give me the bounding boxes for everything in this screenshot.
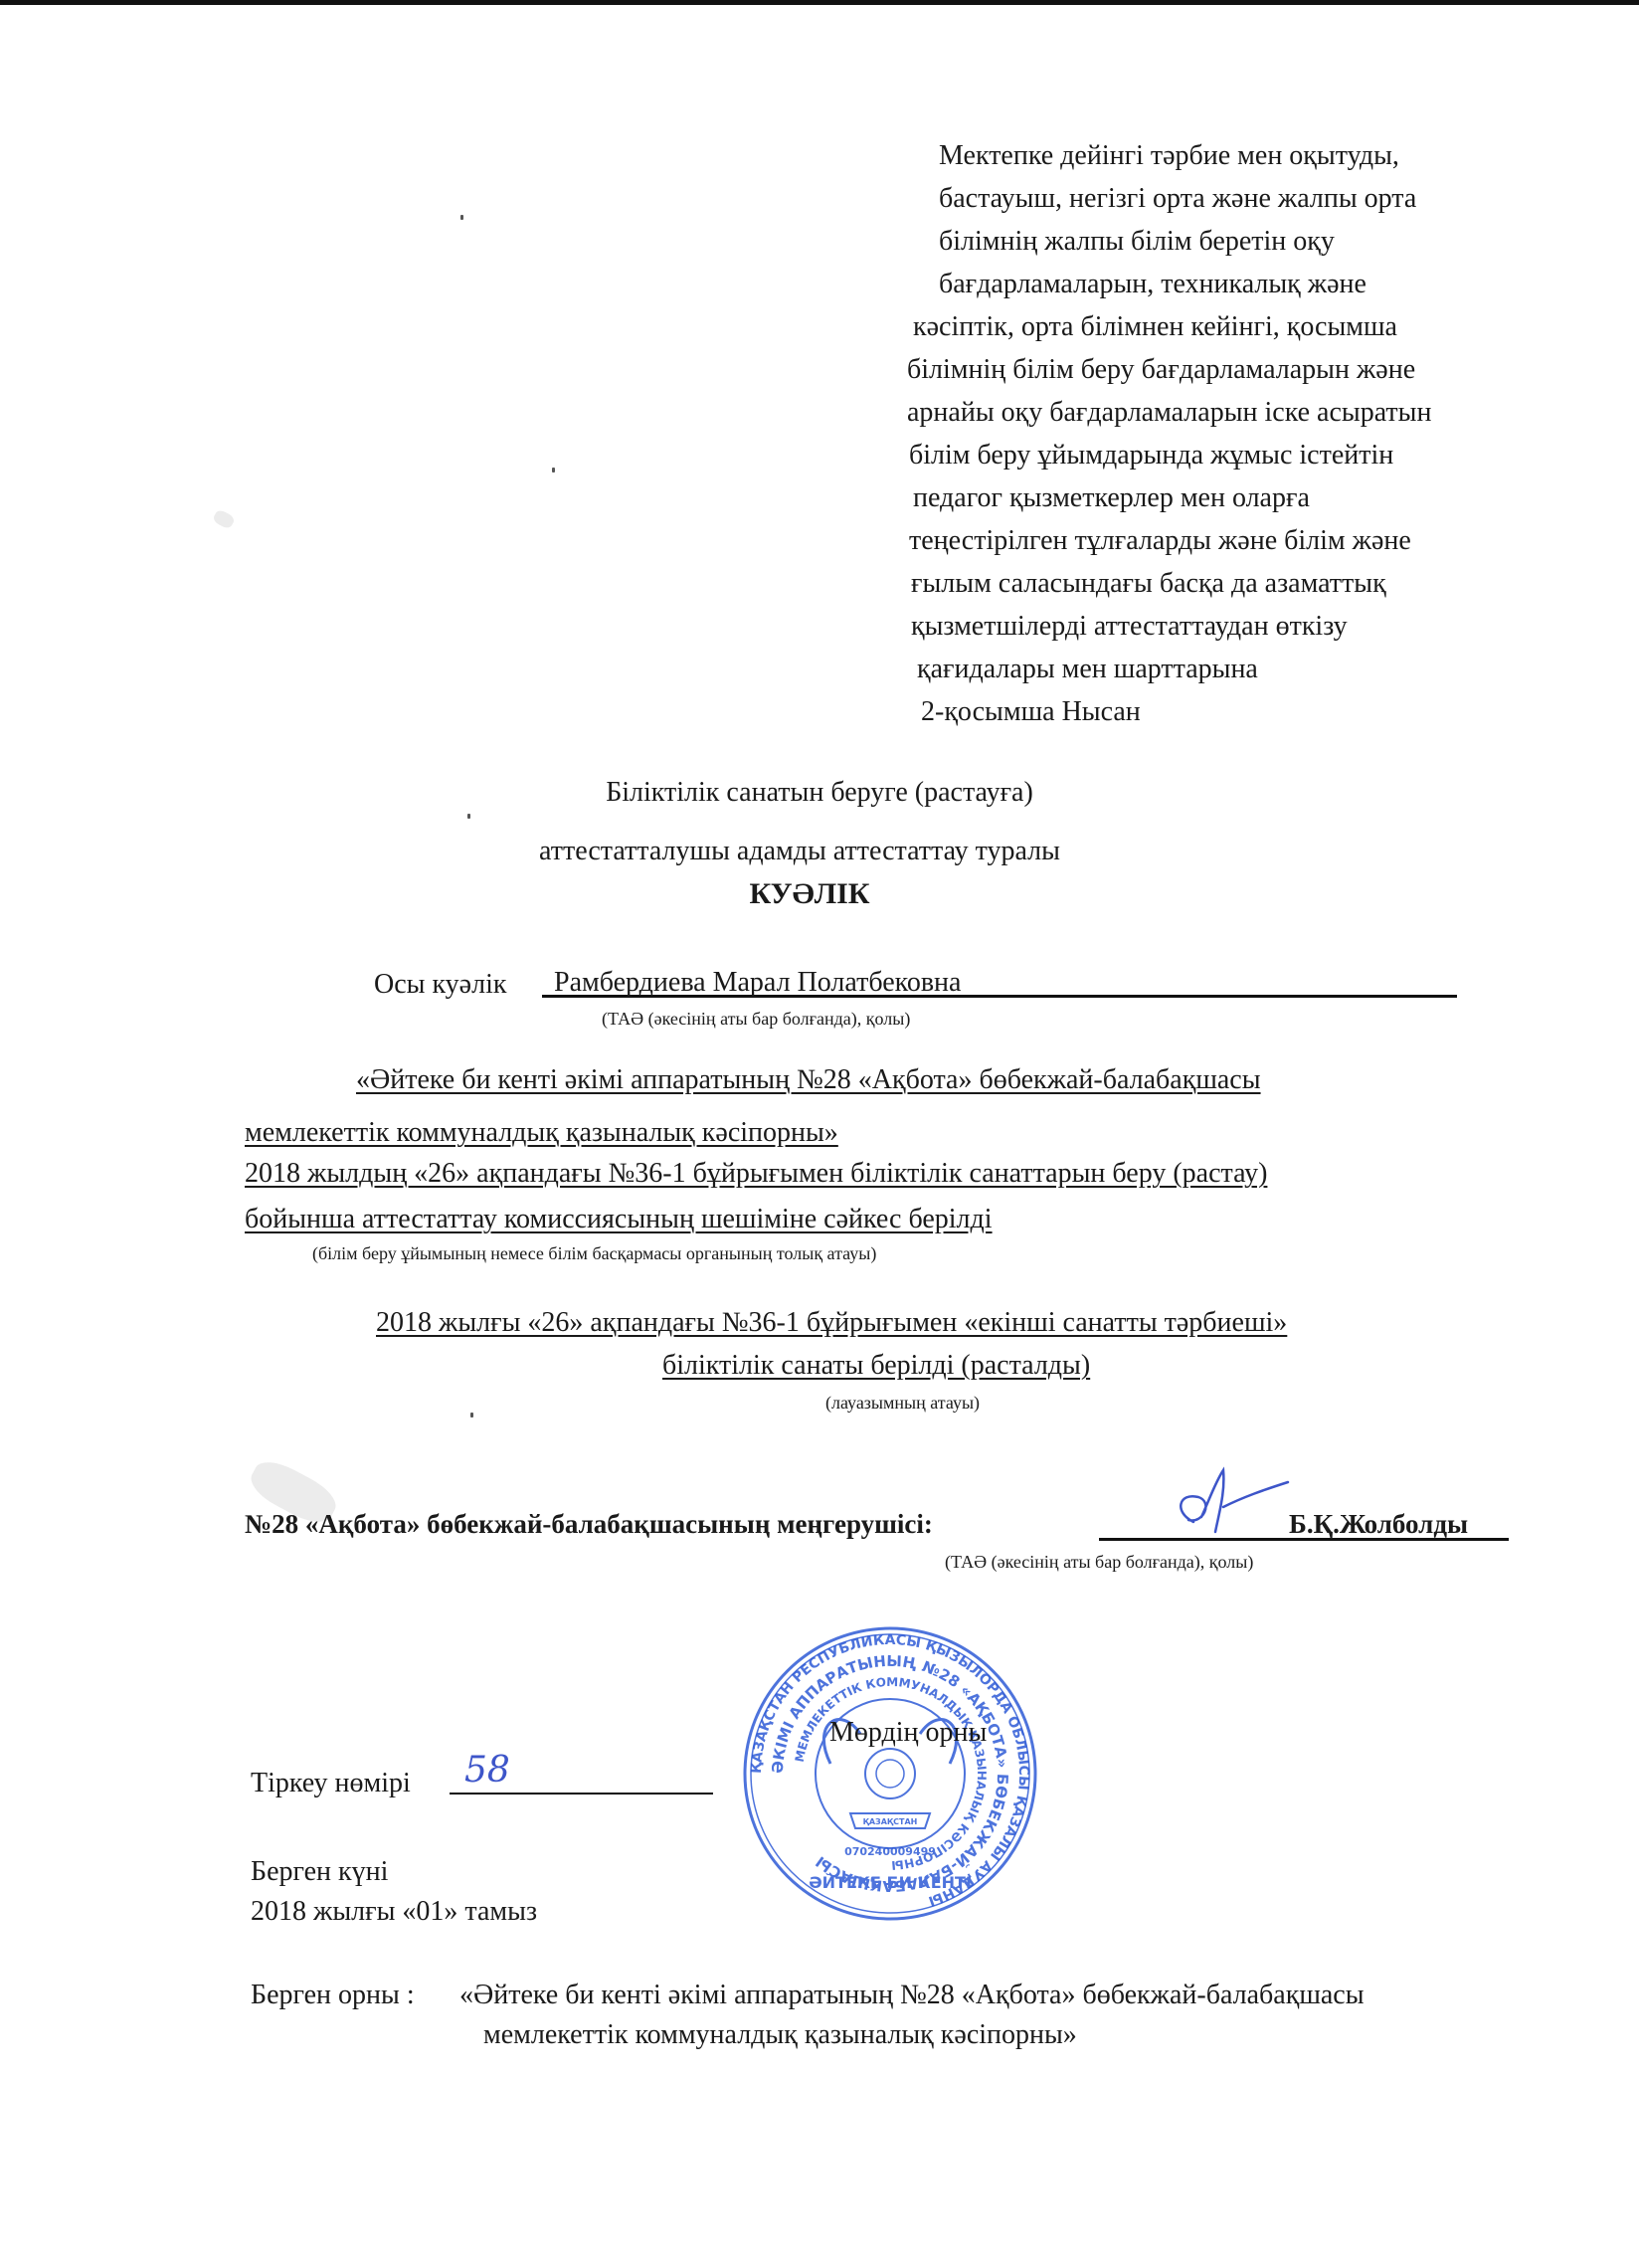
stamp-placeholder: Мөрдің орны	[829, 1711, 987, 1754]
header-note-form-label: 2-қосымша Нысан	[921, 690, 1141, 733]
header-note-line: білімнің жалпы білім беретін оқу	[939, 220, 1335, 263]
organization-line-1: «Әйтеке би кенті әкімі аппаратының №28 «…	[356, 1058, 1261, 1101]
title-line-1: Біліктілік санатын беруге (растауға)	[0, 771, 1639, 814]
scan-edge	[0, 0, 1639, 5]
registration-underline	[450, 1793, 713, 1795]
organization-caption: (білім беру ұйымының немесе білім басқар…	[312, 1241, 876, 1265]
issue-place-line-2: мемлекеттік коммуналдық қазыналық кәсіпо…	[483, 2013, 1077, 2056]
header-note-line: Мектепке дейінгі тәрбие мен оқытуды,	[939, 134, 1399, 177]
header-note-line: арнайы оқу бағдарламаларын іске асыратын	[907, 391, 1431, 434]
holder-caption: (ТАӘ (әкесінің аты бар болғанда), қолы)	[602, 1007, 910, 1031]
header-note-line: педагог қызметкерлер мен оларға	[913, 476, 1310, 519]
issue-place-line-1: «Әйтеке би кенті әкімі аппаратының №28 «…	[459, 1974, 1365, 2016]
signature-icon	[1154, 1462, 1293, 1542]
stamp-outer-text: ҚАЗАҚСТАН РЕСПУБЛИКАСЫ ҚЫЗЫЛОРДА ОБЛЫСЫ …	[749, 1632, 1031, 1909]
header-note-line: қызметшілерді аттестаттаудан өткізу	[911, 605, 1348, 648]
header-note-line: кәсіптік, орта білімнен кейінгі, қосымша	[913, 305, 1397, 348]
holder-label: Осы куәлік	[374, 963, 506, 1006]
document-heading: КУӘЛІК	[0, 873, 1629, 915]
category-line-2: біліктілік санаты берілді (расталды)	[662, 1344, 1090, 1387]
stamp-emblem-label: ҚАЗАҚСТАН	[863, 1817, 918, 1826]
holder-name: Рамбердиева Марал Полатбековна	[554, 961, 961, 1004]
category-caption: (лауазымның атауы)	[825, 1391, 980, 1415]
scan-speck	[467, 814, 470, 819]
header-note-line: бастауыш, негізгі орта және жалпы орта	[939, 177, 1416, 220]
issue-date-label: Берген күні	[251, 1850, 388, 1893]
director-caption: (ТАӘ (әкесінің аты бар болғанда), қолы)	[945, 1550, 1253, 1574]
header-note-line: теңестірілген тұлғаларды және білім және	[909, 519, 1411, 562]
director-label: №28 «Ақбота» бөбекжай-балабақшасының мең…	[245, 1504, 933, 1544]
scan-speck	[460, 215, 463, 220]
header-note-line: білімнің білім беру бағдарламаларын және	[907, 348, 1415, 391]
svg-text:МЕМЛЕКЕТТІК КОММУНАЛДЫҚ ҚАЗЫНА: МЕМЛЕКЕТТІК КОММУНАЛДЫҚ ҚАЗЫНАЛЫҚ КӘСІПО…	[793, 1675, 989, 1872]
registration-number: 58	[464, 1749, 510, 1793]
official-stamp-icon: ҚАЗАҚСТАН РЕСПУБЛИКАСЫ ҚЫЗЫЛОРДА ОБЛЫСЫ …	[741, 1624, 1039, 1923]
title-line-2: аттестатталушы адамды аттестаттау туралы	[0, 830, 1619, 872]
header-note-line: бағдарламаларын, техникалық және	[939, 263, 1366, 305]
stamp-bin: 070240009499	[844, 1845, 936, 1858]
scan-speck	[552, 468, 555, 472]
registration-label: Тіркеу нөмірі	[251, 1762, 411, 1804]
svg-text:ҚАЗАҚСТАН РЕСПУБЛИКАСЫ ҚЫЗЫЛОР: ҚАЗАҚСТАН РЕСПУБЛИКАСЫ ҚЫЗЫЛОРДА ОБЛЫСЫ …	[749, 1632, 1031, 1909]
scan-smudge	[212, 508, 236, 530]
header-note-line: ғылым саласындағы басқа да азаматтық	[911, 562, 1386, 605]
organization-line-3: 2018 жылдың «26» ақпандағы №36-1 бұйрығы…	[245, 1152, 1267, 1195]
stamp-bottom-text: ӘЙТЕКЕ БИ КЕНТІ	[809, 1873, 972, 1892]
organization-line-2: мемлекеттік коммуналдық қазыналық кәсіпо…	[245, 1111, 838, 1154]
category-line-1: 2018 жылғы «26» ақпандағы №36-1 бұйрығым…	[376, 1301, 1287, 1344]
organization-line-4: бойынша аттестаттау комиссиясының шешімі…	[245, 1198, 993, 1240]
director-name: Б.Қ.Жолболды	[1289, 1504, 1468, 1544]
scan-speck	[470, 1413, 473, 1417]
issue-place-label: Берген орны :	[251, 1974, 415, 2016]
stamp-inner-text: МЕМЛЕКЕТТІК КОММУНАЛДЫҚ ҚАЗЫНАЛЫҚ КӘСІПО…	[793, 1675, 989, 1872]
header-note-line: білім беру ұйымдарында жұмыс істейтін	[909, 434, 1393, 476]
header-note-line: қағидалары мен шарттарына	[917, 648, 1258, 690]
issue-date-value: 2018 жылғы «01» тамыз	[251, 1890, 537, 1933]
